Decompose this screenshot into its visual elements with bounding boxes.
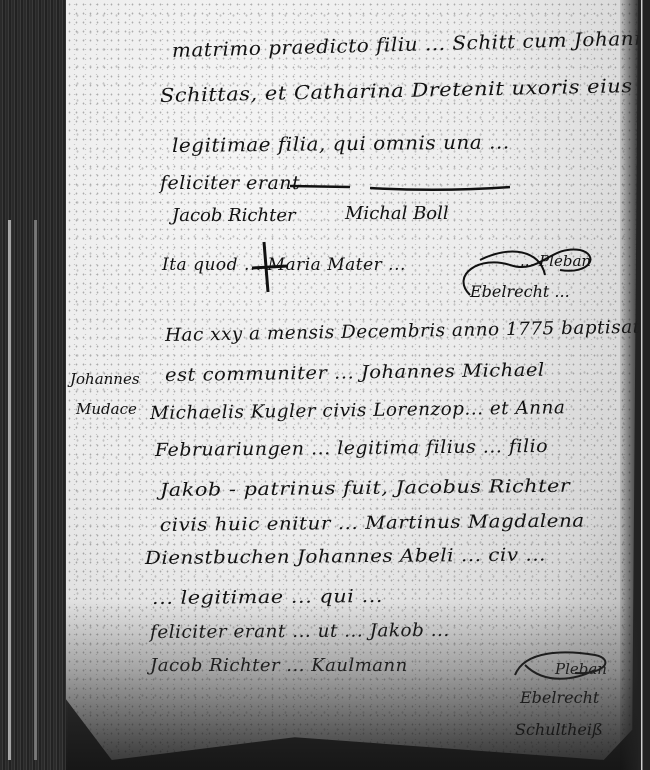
- witness-signature: Michal Boll: [345, 203, 449, 224]
- book-binding-edge: [0, 0, 68, 770]
- manuscript-line: civis huic enitur ... Martinus Magdalena: [160, 511, 585, 536]
- margin-name-note: Mudace: [76, 400, 137, 418]
- line-filler-stroke: [290, 178, 520, 198]
- scanned-page: matrimo praedicto filiu ... Schitt cum J…: [0, 0, 650, 770]
- witness-signature: Jacob Richter: [172, 205, 296, 226]
- officiant-signature: Ebelrecht ...: [470, 282, 570, 301]
- manuscript-line: Jakob - patrinus fuit, Jacobus Richter: [160, 476, 571, 501]
- binding-crease-line: [8, 220, 11, 760]
- officiant-signature: ... Pleban: [520, 252, 591, 270]
- manuscript-line: Februariungen ... legitima filius ... fi…: [155, 436, 548, 461]
- cross-mark-icon: [250, 240, 290, 295]
- page-right-edge: [620, 0, 650, 770]
- binding-crease-line: [34, 220, 37, 760]
- margin-name-note: Johannes: [70, 370, 140, 388]
- page-bottom-shadow: [66, 600, 638, 770]
- manuscript-line: Dienstbuchen Johannes Abeli ... civ ...: [145, 545, 546, 569]
- manuscript-line: legitimae filia, qui omnis una ...: [172, 131, 510, 157]
- manuscript-line: feliciter erant: [160, 172, 300, 194]
